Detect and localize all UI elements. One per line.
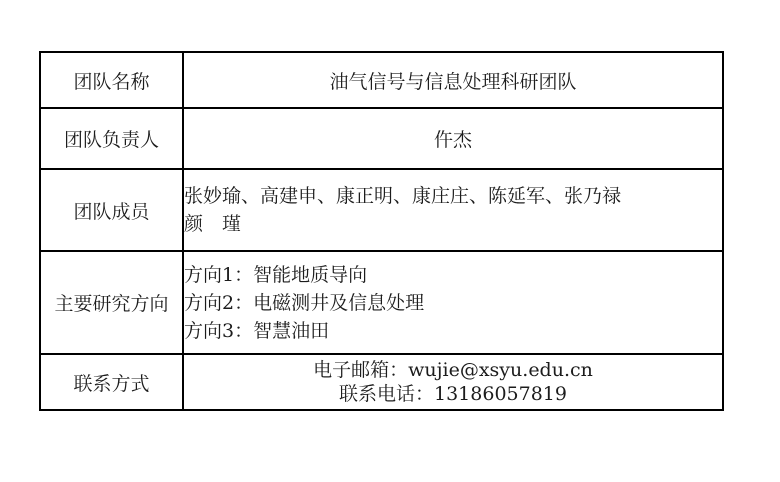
member-line-2: 颜 瑾 (184, 210, 722, 238)
contact-phone-line: 联系电话：13186057819 (184, 382, 722, 406)
table-row-research-directions: 主要研究方向 方向1：智能地质导向 方向2：电磁测井及信息处理 方向3：智慧油田 (40, 251, 723, 354)
team-leader-value: 仵杰 (183, 108, 723, 169)
direction-line-1: 方向1：智能地质导向 (184, 261, 722, 289)
direction-line-3: 方向3：智慧油田 (184, 317, 722, 345)
member-line-1: 张妙瑜、高建申、康正明、康庄庄、陈延军、张乃禄 (184, 182, 722, 210)
research-directions-value: 方向1：智能地质导向 方向2：电磁测井及信息处理 方向3：智慧油田 (183, 251, 723, 354)
table-row-team-leader: 团队负责人 仵杰 (40, 108, 723, 169)
team-leader-label: 团队负责人 (40, 108, 183, 169)
table-row-team-members: 团队成员 张妙瑜、高建申、康正明、康庄庄、陈延军、张乃禄 颜 瑾 (40, 169, 723, 251)
research-directions-label: 主要研究方向 (40, 251, 183, 354)
contact-label: 联系方式 (40, 354, 183, 410)
team-name-value: 油气信号与信息处理科研团队 (183, 52, 723, 108)
team-members-label: 团队成员 (40, 169, 183, 251)
direction-line-2: 方向2：电磁测井及信息处理 (184, 289, 722, 317)
contact-value: 电子邮箱：wujie@xsyu.edu.cn 联系电话：13186057819 (183, 354, 723, 410)
contact-email-line: 电子邮箱：wujie@xsyu.edu.cn (184, 358, 722, 382)
team-members-value: 张妙瑜、高建申、康正明、康庄庄、陈延军、张乃禄 颜 瑾 (183, 169, 723, 251)
table-row-contact: 联系方式 电子邮箱：wujie@xsyu.edu.cn 联系电话：1318605… (40, 354, 723, 410)
team-name-label: 团队名称 (40, 52, 183, 108)
table-row-team-name: 团队名称 油气信号与信息处理科研团队 (40, 52, 723, 108)
team-info-table: 团队名称 油气信号与信息处理科研团队 团队负责人 仵杰 团队成员 张妙瑜、高建申… (39, 51, 724, 411)
